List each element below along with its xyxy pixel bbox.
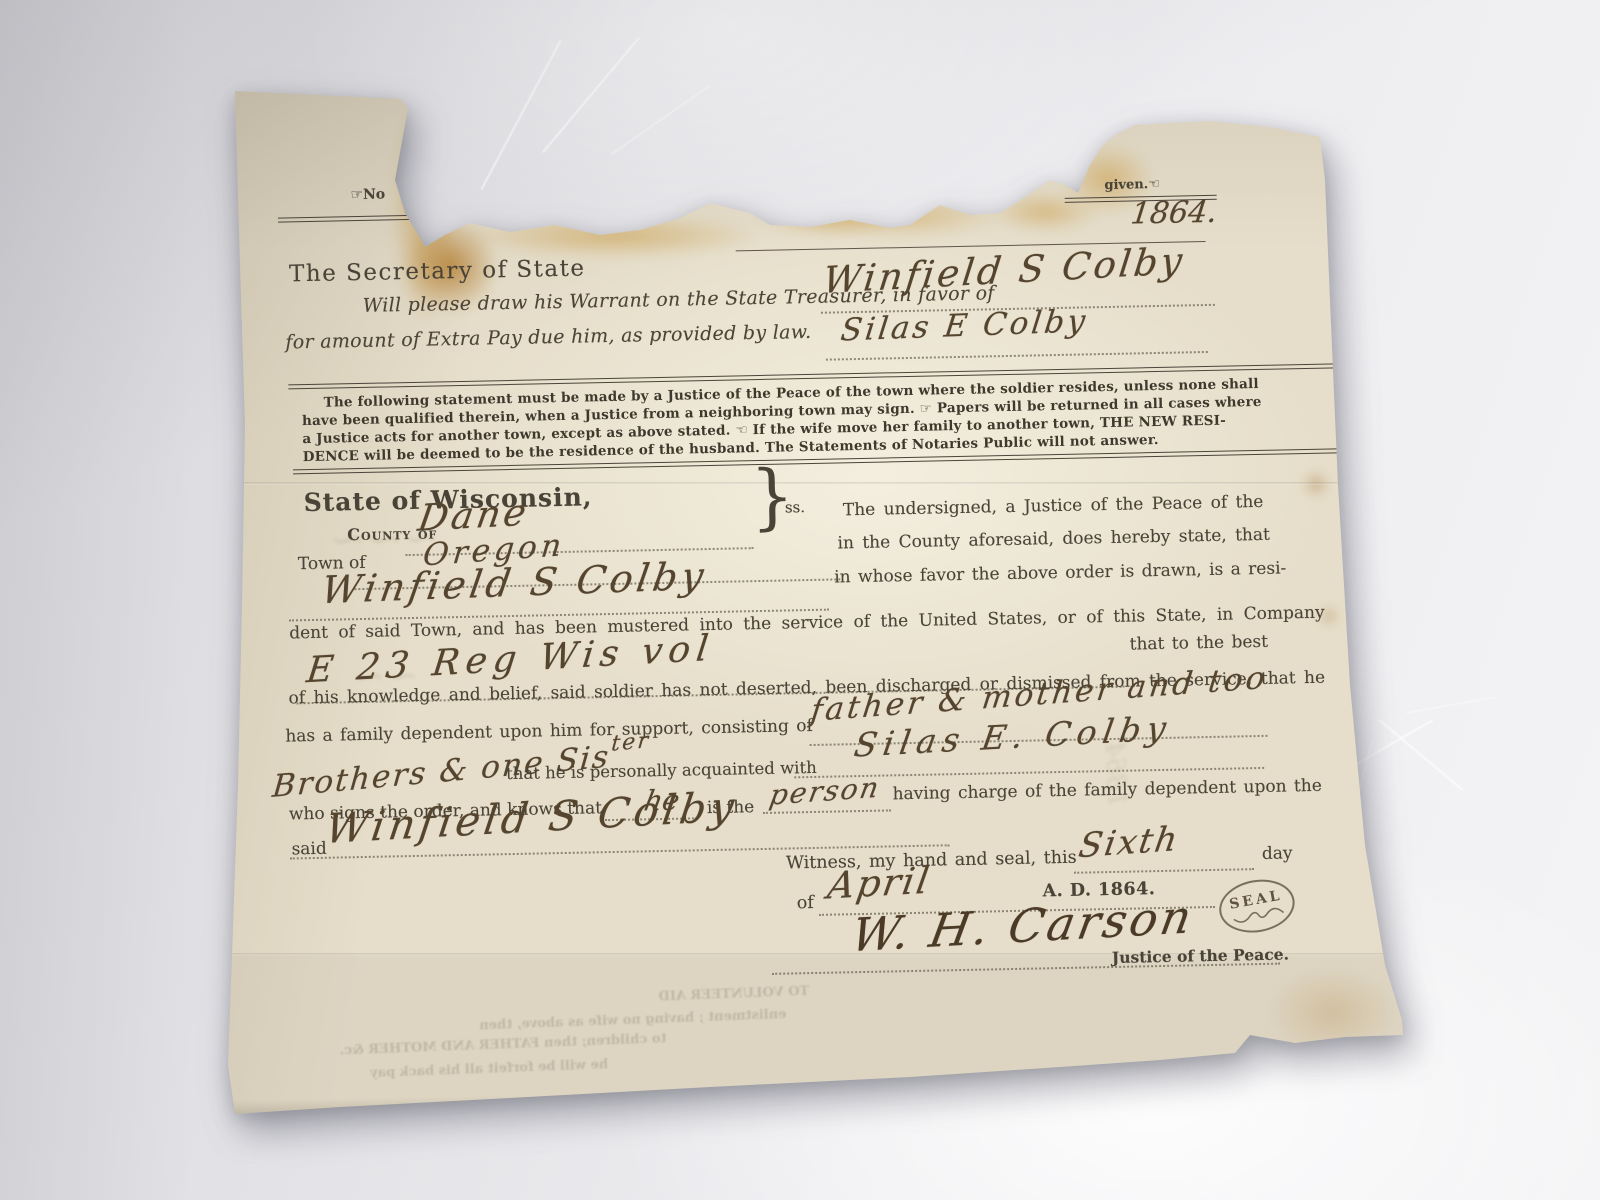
- day-written: Sixth: [1076, 819, 1182, 866]
- bleedthrough-line: to children; then FATHER AND MOTHER &c.: [339, 1031, 666, 1058]
- statement-line5: that to the best: [1129, 632, 1268, 655]
- bleedthrough-line: enlistment ; having no wife as above, th…: [479, 1007, 787, 1034]
- fill-line: [1074, 868, 1254, 874]
- year-written: 1864.: [1129, 195, 1219, 232]
- ghost-ink: ∽∽: [349, 653, 423, 700]
- bleedthrough-line: he will be forfeit all his back pay: [370, 1057, 609, 1081]
- day-label: day: [1262, 843, 1293, 864]
- ss-brace: }: [750, 455, 795, 539]
- statement-undersigned3: in whose favor the above order is drawn,…: [834, 558, 1286, 587]
- document-paper: ☞No given.☜ 1864. The Secretary of State…: [210, 85, 1415, 1120]
- header-rule-left: [278, 214, 438, 222]
- document-content: ☞No given.☜ 1864. The Secretary of State…: [200, 73, 1426, 1132]
- seal-stamp: SEAL: [1215, 874, 1299, 939]
- left-edge-shade: [210, 85, 228, 1120]
- form-number-label: ☞No: [350, 186, 385, 203]
- pointer-left-icon: ☜: [1148, 177, 1160, 192]
- secretary-heading: The Secretary of State: [289, 255, 586, 287]
- fill-line: [826, 351, 1208, 361]
- of-label: of: [797, 893, 814, 913]
- order-line2: for amount of Extra Pay due him, as prov…: [285, 321, 811, 354]
- no-text: No: [363, 186, 385, 202]
- statement-undersigned1: The undersigned, a Justice of the Peace …: [843, 492, 1264, 520]
- ghost-ink: ∽∽∽: [325, 512, 444, 565]
- ss-label: ss.: [785, 498, 806, 516]
- justice-title: Justice of the Peace.: [1112, 944, 1289, 967]
- bleedthrough-line: TO VOLUNTEER AID: [658, 984, 809, 1005]
- photo-of-document: { "header": { "no_pointer": "☞", "no_lab…: [0, 0, 1600, 1200]
- given-text: given.: [1104, 177, 1148, 193]
- pointer-right-icon: ☞: [920, 401, 933, 417]
- statement-line7: has a family dependent upon him for supp…: [285, 716, 813, 747]
- month-written: April: [825, 859, 934, 908]
- family-written2b-superscript: ter: [610, 728, 651, 756]
- given-label: given.☜: [1104, 177, 1160, 193]
- document-paper-wrapper: ☞No given.☜ 1864. The Secretary of State…: [0, 0, 1600, 1200]
- person-written: person: [767, 771, 883, 812]
- pointer-left-icon: ☜: [735, 422, 748, 438]
- statement-undersigned2: in the County aforesaid, does hereby sta…: [837, 525, 1270, 554]
- pointer-right-icon: ☞: [350, 187, 363, 203]
- ghost-ink: 1864: [1099, 740, 1133, 808]
